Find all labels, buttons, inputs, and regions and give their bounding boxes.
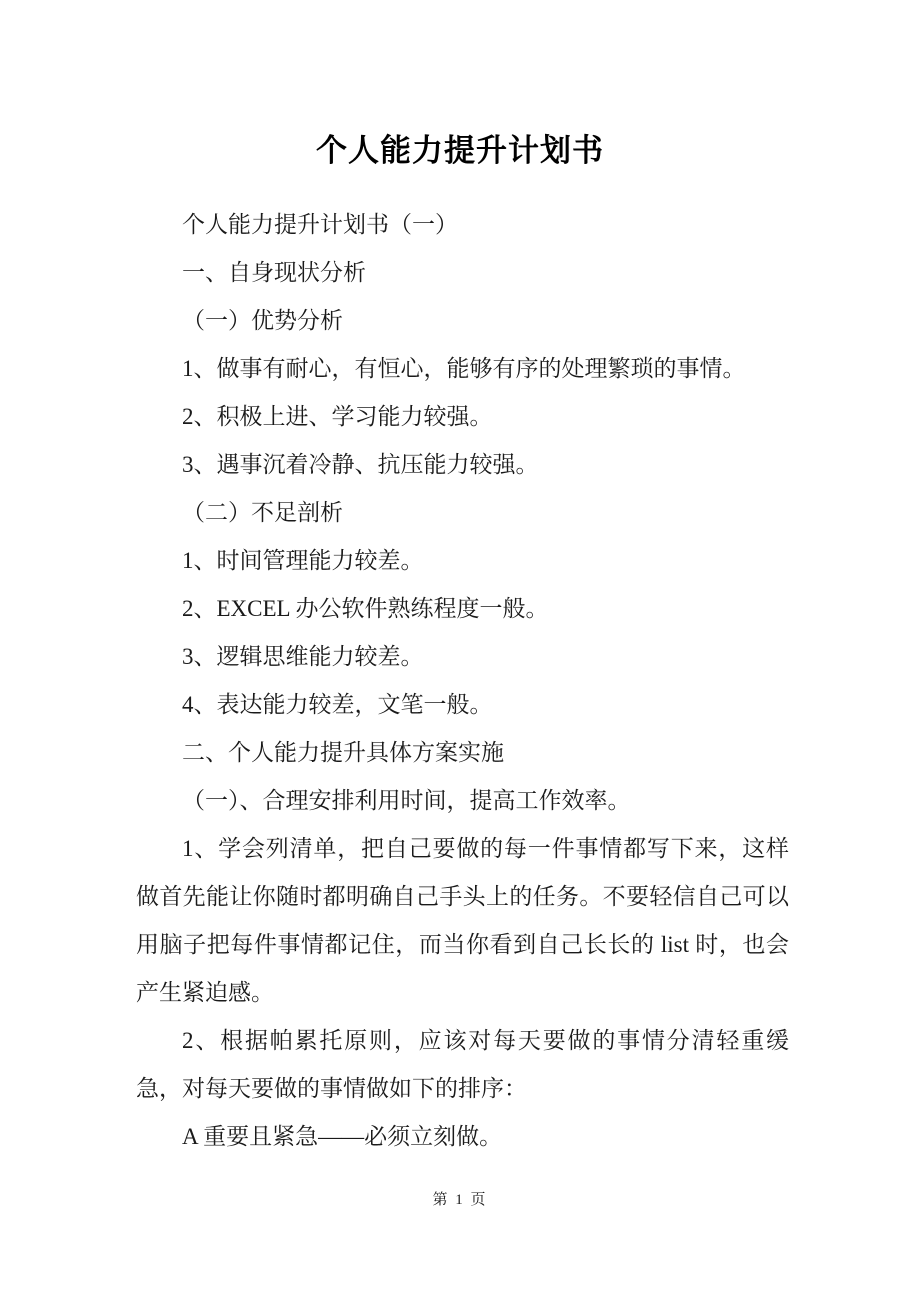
paragraph: （一）优势分析 [136, 297, 789, 345]
paragraph: 2、EXCEL 办公软件熟练程度一般。 [136, 585, 789, 633]
paragraph: 3、逻辑思维能力较差。 [136, 633, 789, 681]
document-title: 个人能力提升计划书 [0, 0, 920, 172]
paragraph: 1、学会列清单，把自己要做的每一件事情都写下来，这样做首先能让你随时都明确自己手… [136, 825, 789, 1017]
paragraph: 3、遇事沉着冷静、抗压能力较强。 [136, 441, 789, 489]
paragraph: 二、个人能力提升具体方案实施 [136, 729, 789, 777]
document-page: 个人能力提升计划书 个人能力提升计划书（一）一、自身现状分析（一）优势分析1、做… [0, 0, 920, 1302]
paragraph: （一）、合理安排利用时间，提高工作效率。 [136, 777, 789, 825]
paragraph: A 重要且紧急——必须立刻做。 [136, 1113, 789, 1161]
paragraph: （二）不足剖析 [136, 489, 789, 537]
paragraph: 1、做事有耐心，有恒心，能够有序的处理繁琐的事情。 [136, 345, 789, 393]
document-body: 个人能力提升计划书（一）一、自身现状分析（一）优势分析1、做事有耐心，有恒心，能… [136, 201, 789, 1161]
page-number-label: 第 1 页 [432, 1192, 487, 1208]
paragraph: 个人能力提升计划书（一） [136, 201, 789, 249]
page-footer: 第 1 页 [0, 1190, 920, 1210]
paragraph: 2、根据帕累托原则，应该对每天要做的事情分清轻重缓急，对每天要做的事情做如下的排… [136, 1017, 789, 1113]
paragraph: 1、时间管理能力较差。 [136, 537, 789, 585]
paragraph: 2、积极上进、学习能力较强。 [136, 393, 789, 441]
paragraph: 一、自身现状分析 [136, 249, 789, 297]
paragraph: 4、表达能力较差，文笔一般。 [136, 681, 789, 729]
